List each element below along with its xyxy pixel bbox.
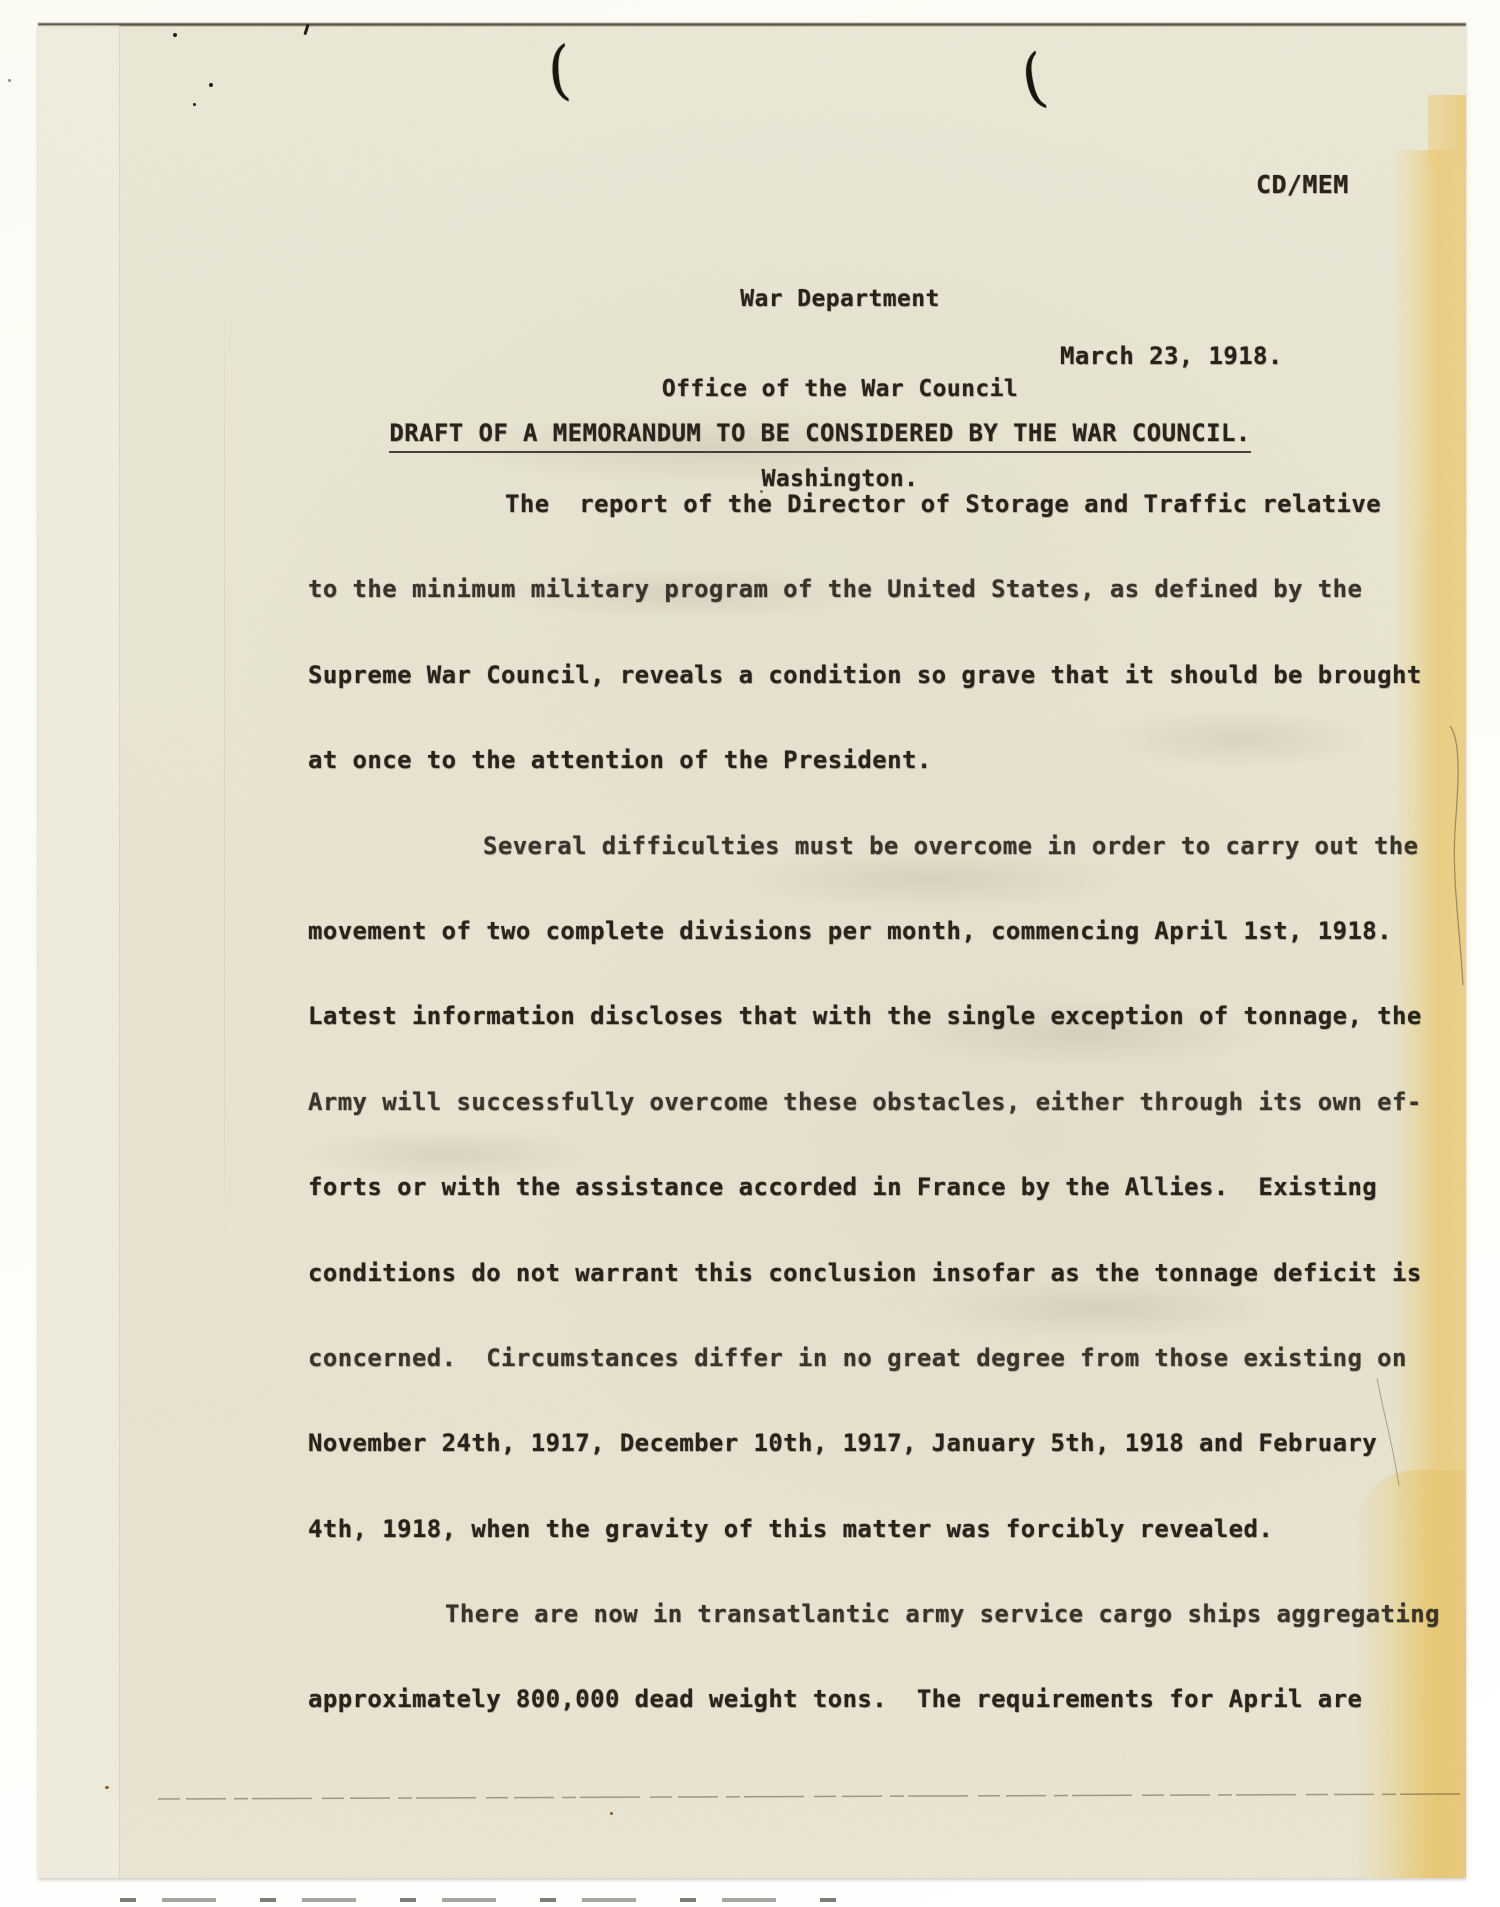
rust-speck bbox=[105, 1786, 109, 1789]
body-line: Several difficulties must be overcome in… bbox=[308, 804, 1478, 889]
body-line: conditions do not warrant this conclusio… bbox=[308, 1231, 1478, 1316]
body-line: November 24th, 1917, December 10th, 1917… bbox=[308, 1401, 1478, 1486]
document-body: The report of the Director of Storage an… bbox=[308, 462, 1478, 1743]
paper-left-margin-shade bbox=[38, 25, 120, 1878]
body-line: Army will successfully overcome these ob… bbox=[308, 1060, 1478, 1145]
body-line: Supreme War Council, reveals a condition… bbox=[308, 633, 1478, 718]
reference-code: CD/MEM bbox=[1256, 170, 1349, 199]
ink-speck bbox=[209, 83, 213, 87]
ink-speck bbox=[8, 79, 11, 82]
body-line: at once to the attention of the Presiden… bbox=[308, 718, 1478, 803]
letterhead-line-1: War Department bbox=[540, 284, 1140, 314]
paper-top-edge bbox=[38, 23, 1466, 26]
body-line: There are now in transatlantic army serv… bbox=[308, 1572, 1478, 1657]
vertical-fold-line bbox=[224, 300, 225, 1250]
document-title-text: DRAFT OF A MEMORANDUM TO BE CONSIDERED B… bbox=[389, 419, 1250, 453]
body-line: to the minimum military program of the U… bbox=[308, 547, 1478, 632]
ink-speck bbox=[193, 103, 196, 106]
body-line: movement of two complete divisions per m… bbox=[308, 889, 1478, 974]
rust-speck bbox=[610, 1812, 613, 1815]
scan-bottom-edge-marks bbox=[120, 1898, 860, 1902]
body-line: Latest information discloses that with t… bbox=[308, 974, 1478, 1059]
body-line: concerned. Circumstances differ in no gr… bbox=[308, 1316, 1478, 1401]
ink-speck bbox=[760, 490, 763, 493]
body-line: approximately 800,000 dead weight tons. … bbox=[308, 1657, 1478, 1742]
tape-stain-top-right bbox=[1428, 95, 1466, 165]
body-line: forts or with the assistance accorded in… bbox=[308, 1145, 1478, 1230]
date-line: March 23, 1918. bbox=[1060, 342, 1283, 370]
ink-speck bbox=[173, 33, 177, 37]
body-line: The report of the Director of Storage an… bbox=[308, 462, 1478, 547]
scanned-page-background: ( ( CD/MEM War Department Office of the … bbox=[0, 0, 1500, 1907]
body-line: 4th, 1918, when the gravity of this matt… bbox=[308, 1487, 1478, 1572]
